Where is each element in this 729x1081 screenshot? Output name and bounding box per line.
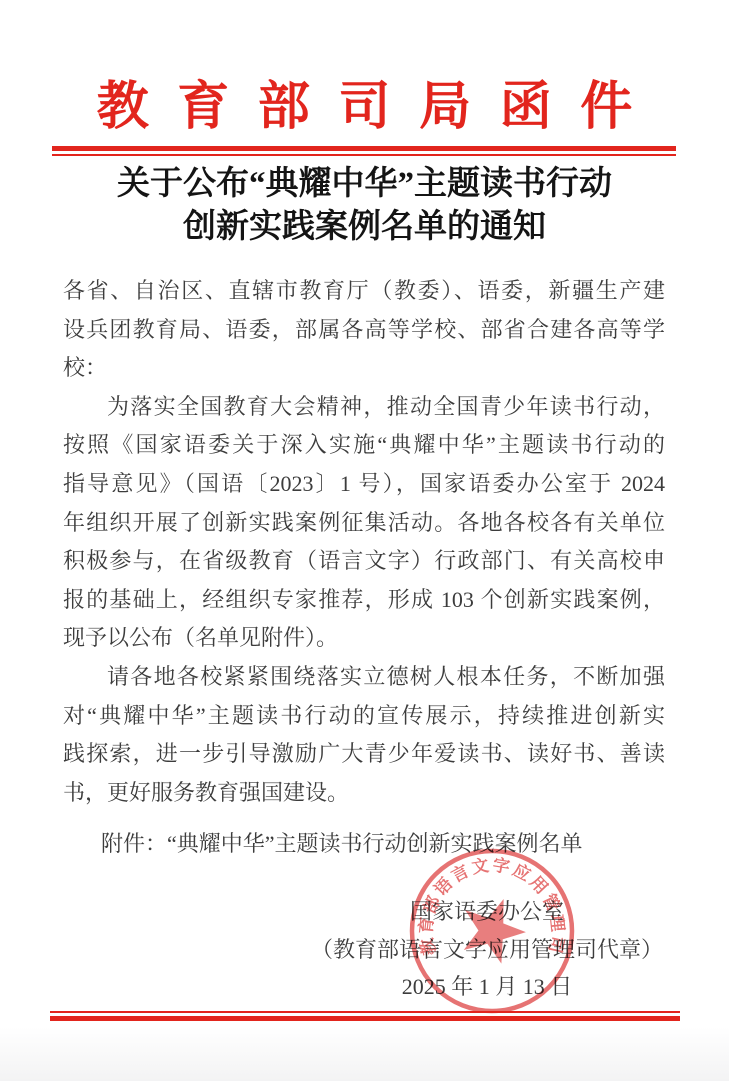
body-line: 指导意见》（国语〔2023〕1 号），国家语委办公室于 2024 [63,465,665,504]
title-line-1: 关于公布“典耀中华”主题读书行动 [0,163,729,206]
body-line: 对“典耀中华”主题读书行动的宣传展示，持续推进创新实 [63,697,665,736]
official-seal: 教育部语言文字应用管理司 [397,836,587,1026]
salutation-line: 各省、自治区、直辖市教育厅（教委）、语委，新疆生产建 [63,272,665,311]
document-body: 各省、自治区、直辖市教育厅（教委）、语委，新疆生产建 设兵团教育局、语委，部属各… [63,272,665,812]
footer-double-rule [50,1011,680,1021]
body-line: 请各地各校紧紧围绕落实立德树人根本任务，不断加强 [63,658,665,697]
body-line: 为落实全国教育大会精神，推动全国青少年读书行动， [63,388,665,427]
header-double-rule [52,146,676,156]
body-line: 报的基础上，经组织专家推荐，形成 103 个创新实践案例， [63,581,665,620]
seal-star-icon [452,888,534,968]
title-line-2: 创新实践案例名单的通知 [0,206,729,249]
document-title: 关于公布“典耀中华”主题读书行动 创新实践案例名单的通知 [0,163,729,249]
document-header-banner: 教育部司局函件 [0,64,729,139]
body-line: 现予以公布（名单见附件）。 [63,619,665,658]
salutation-line: 设兵团教育局、语委，部属各高等学校、部省合建各高等学 [63,311,665,350]
body-line: 年组织开展了创新实践案例征集活动。各地各校各有关单位 [63,504,665,543]
body-line: 书，更好服务教育强国建设。 [63,774,665,813]
body-line: 践探索，进一步引导激励广大青少年爱读书、读好书、善读 [63,735,665,774]
body-line: 积极参与，在省级教育（语言文字）行政部门、有关高校申 [63,542,665,581]
document-page: 教育部司局函件 关于公布“典耀中华”主题读书行动 创新实践案例名单的通知 各省、… [0,0,729,1081]
header-banner-text: 教育部司局函件 [97,79,661,136]
salutation-line: 校： [63,349,665,388]
body-line: 按照《国家语委关于深入实施“典耀中华”主题读书行动的 [63,426,665,465]
